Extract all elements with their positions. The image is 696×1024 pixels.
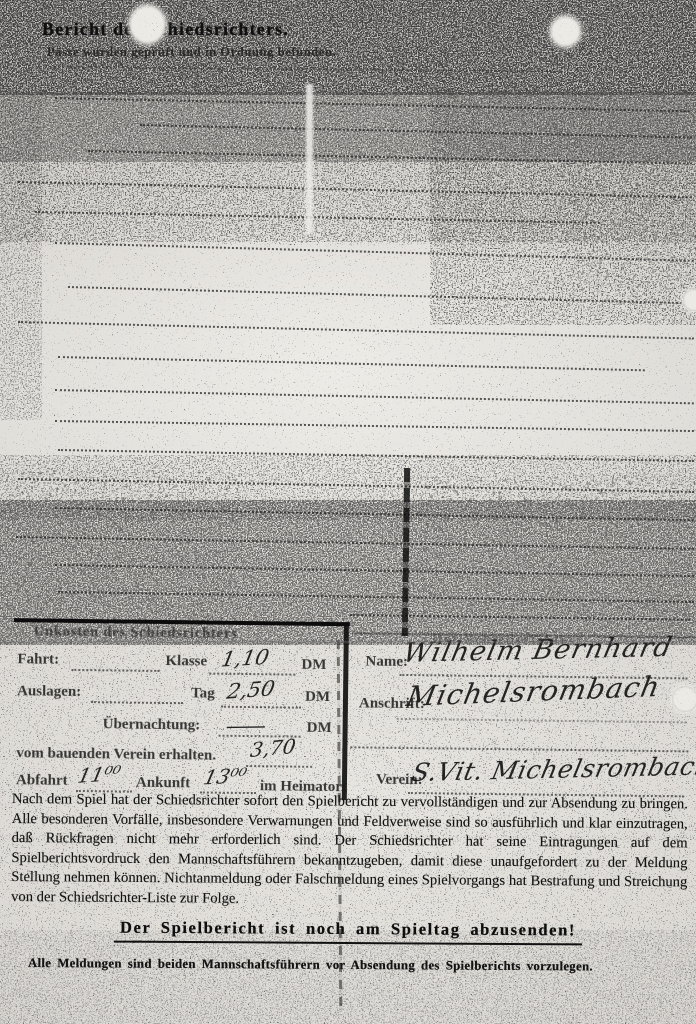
footer-notice: Alle Meldungen sind beiden Mannschaftsfü… [28, 956, 688, 975]
verein-handwritten-value: S.Vit. Michelsrombach [409, 751, 696, 787]
uebernachtung-label: Übernachtung: [103, 716, 201, 734]
tag-label: Tag [191, 685, 215, 702]
abfahrt-handwritten-value: 11⁰⁰ [76, 761, 123, 788]
deadline-notice: Der Spielbericht ist noch am Spieltag ab… [114, 918, 582, 946]
tag-dotted-line [221, 706, 301, 709]
scanner-artifact-line [0, 641, 696, 643]
klasse-handwritten-value: 1,10 [219, 645, 271, 672]
klasse-label: Klasse [165, 653, 207, 671]
tag-handwritten-value: 2,50 [225, 676, 277, 703]
dotted-rule-line [55, 564, 694, 577]
tag-dm-label: DM [305, 689, 330, 706]
auslagen-label: Auslagen: [17, 683, 81, 701]
dotted-rule-line [16, 536, 694, 550]
dotted-rule-line [58, 591, 694, 603]
klasse-dm-label: DM [301, 657, 326, 674]
dotted-rule-line [35, 211, 600, 224]
dotted-rule-line [55, 97, 690, 112]
punch-hole-right-edge [683, 289, 696, 311]
page-subtitle: Pässe wurden geprüft und in Ordnung befu… [47, 45, 336, 60]
scanned-referee-report-page: Bericht des Schiedsrichters. Pässe wurde… [0, 0, 696, 1024]
dotted-rule-line [18, 478, 694, 493]
dotted-rule-line [68, 286, 694, 304]
punch-hole-top-right [551, 17, 580, 46]
klasse-dotted-line [209, 673, 295, 676]
name-handwritten-value: Wilhelm Bernhard [400, 632, 675, 669]
anschrift-handwritten-value: Michelsrombach [404, 670, 663, 713]
bottom-form-section: Unkosten des Schiedsrichters Fahrt: Klas… [0, 615, 696, 807]
dotted-rule-line [58, 356, 645, 371]
page-title: Bericht des Schiedsrichters. [42, 19, 289, 40]
erhalten-handwritten-value: 3,70 [249, 734, 297, 762]
dotted-rule-line [55, 420, 694, 432]
middle-dotted-line [350, 746, 688, 752]
punch-hole-top-left [130, 6, 165, 43]
anschrift-dotted-line [397, 718, 687, 724]
erhalten-dotted-line [246, 765, 312, 768]
dotted-rule-line [55, 507, 694, 521]
dotted-rule-line [88, 150, 692, 165]
deadline-line-wrapper: Der Spielbericht ist noch am Spieltag ab… [0, 917, 696, 946]
dotted-rule-line [55, 389, 694, 404]
ankunft-handwritten-value: 13⁰⁰ [201, 763, 249, 789]
dotted-rule-line [55, 242, 694, 262]
vertical-fold-crease [402, 468, 410, 636]
dotted-rule-line [140, 124, 692, 139]
dotted-rule-line [18, 321, 694, 340]
dotted-rule-line [45, 66, 560, 72]
column-divider-line [342, 622, 349, 800]
fahrt-dotted-line [71, 669, 159, 672]
abfahrt-label: Abfahrt [16, 772, 68, 790]
auslagen-dotted-line [91, 701, 183, 704]
dotted-rule-line [18, 181, 692, 198]
dotted-rule-line [58, 449, 694, 462]
punch-hole-right-middle [672, 686, 696, 712]
uebernachtung-dm-label: DM [307, 720, 332, 737]
expenses-header: Unkosten des Schiedsrichters [34, 623, 238, 642]
scan-scratch-mark [306, 84, 313, 234]
ankunft-label: Ankunft [136, 775, 190, 793]
instructions-paragraph: Nach dem Spiel hat der Schiedsrichter so… [11, 790, 688, 913]
fahrt-label: Fahrt: [17, 651, 59, 669]
